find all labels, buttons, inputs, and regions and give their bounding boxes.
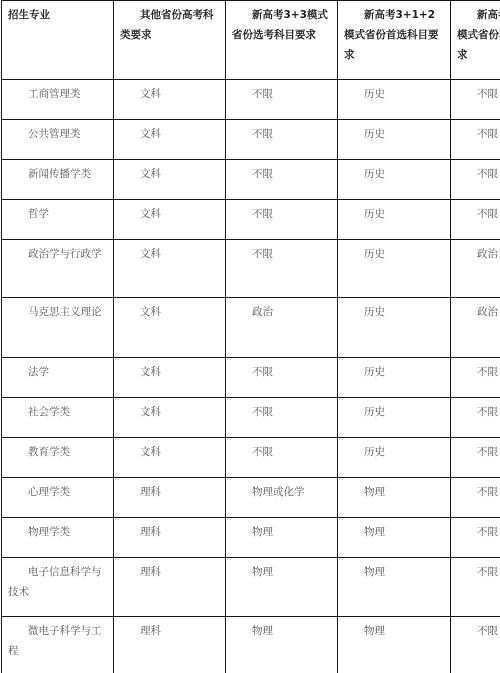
cell-major: 马克思主义理论 xyxy=(2,298,114,358)
cell-category: 文科 xyxy=(114,160,226,200)
cell-second-choice-text: 不限 xyxy=(477,88,498,100)
cell-first-choice: 物理 xyxy=(338,617,451,673)
cell-category-text: 文科 xyxy=(140,406,161,418)
cell-category-text: 理科 xyxy=(140,566,161,578)
cell-first-choice: 历史 xyxy=(338,298,451,358)
cell-major: 法学 xyxy=(2,358,114,398)
cell-first-choice: 物理 xyxy=(338,518,451,558)
cell-first-choice: 物理 xyxy=(338,478,451,518)
header-label: 新高考3+3模式省份选考科目要求 xyxy=(232,9,328,41)
table-row: 哲学文科不限历史不限 xyxy=(2,200,500,240)
cell-major-text: 教育学类 xyxy=(28,446,70,458)
header-label: 新高考3+1+2模式省份首选科目要求 xyxy=(344,9,439,61)
cell-3-3-requirement: 不限 xyxy=(226,80,338,120)
cell-3-3-requirement: 物理 xyxy=(226,617,338,673)
cell-second-choice: 不限 xyxy=(451,617,500,673)
cell-first-choice-text: 历史 xyxy=(364,128,385,140)
cell-category: 文科 xyxy=(114,398,226,438)
cell-first-choice: 历史 xyxy=(338,120,451,160)
cell-category-text: 文科 xyxy=(140,446,161,458)
cell-second-choice-text: 不限 xyxy=(477,446,498,458)
cell-3-3-requirement-text: 不限 xyxy=(252,168,273,180)
cell-second-choice: 不限 xyxy=(451,200,500,240)
cell-category: 理科 xyxy=(114,617,226,673)
cell-first-choice-text: 历史 xyxy=(364,208,385,220)
cell-major: 公共管理类 xyxy=(2,120,114,160)
header-label: 新高考3+1+2模式省份再选科目要求 xyxy=(457,9,500,61)
cell-category: 文科 xyxy=(114,80,226,120)
cell-major-text: 社会学类 xyxy=(28,406,70,418)
table-header-row: 招生专业 其他省份高考科类要求 新高考3+3模式省份选考科目要求 新高考3+1+… xyxy=(2,1,500,80)
header-label: 其他省份高考科类要求 xyxy=(120,9,214,41)
table-row: 工商管理类文科不限历史不限 xyxy=(2,80,500,120)
table-row: 新闻传播学类文科不限历史不限 xyxy=(2,160,500,200)
table-row: 公共管理类文科不限历史不限 xyxy=(2,120,500,160)
cell-first-choice: 历史 xyxy=(338,80,451,120)
cell-second-choice-text: 不限 xyxy=(477,208,498,220)
header-3-3: 新高考3+3模式省份选考科目要求 xyxy=(226,1,338,80)
cell-3-3-requirement: 不限 xyxy=(226,398,338,438)
cell-3-3-requirement: 不限 xyxy=(226,120,338,160)
cell-second-choice-text: 不限 xyxy=(477,128,498,140)
cell-major: 电子信息科学与技术 xyxy=(2,558,114,617)
cell-category-text: 理科 xyxy=(140,625,161,637)
cell-first-choice-text: 历史 xyxy=(364,366,385,378)
cell-major: 哲学 xyxy=(2,200,114,240)
admission-requirements-table: 招生专业 其他省份高考科类要求 新高考3+3模式省份选考科目要求 新高考3+1+… xyxy=(1,0,500,673)
cell-first-choice-text: 历史 xyxy=(364,88,385,100)
cell-3-3-requirement: 不限 xyxy=(226,358,338,398)
cell-category: 理科 xyxy=(114,518,226,558)
cell-major-text: 心理学类 xyxy=(28,486,70,498)
cell-category-text: 文科 xyxy=(140,366,161,378)
cell-category-text: 文科 xyxy=(140,306,161,318)
cell-category: 文科 xyxy=(114,240,226,298)
cell-category-text: 理科 xyxy=(140,486,161,498)
cell-major-text: 哲学 xyxy=(28,208,49,220)
cell-category-text: 文科 xyxy=(140,168,161,180)
cell-second-choice-text: 不限 xyxy=(477,486,498,498)
cell-major: 社会学类 xyxy=(2,398,114,438)
cell-category-text: 文科 xyxy=(140,88,161,100)
table-row: 教育学类文科不限历史不限 xyxy=(2,438,500,478)
cell-3-3-requirement-text: 政治 xyxy=(252,306,273,318)
cell-second-choice-text: 政治 xyxy=(477,306,498,318)
cell-3-3-requirement: 物理或化学 xyxy=(226,478,338,518)
cell-category: 理科 xyxy=(114,558,226,617)
cell-second-choice: 政治 xyxy=(451,240,500,298)
cell-second-choice-text: 不限 xyxy=(477,406,498,418)
header-major: 招生专业 xyxy=(2,1,114,80)
cell-first-choice: 历史 xyxy=(338,200,451,240)
cell-second-choice-text: 不限 xyxy=(477,526,498,538)
cell-3-3-requirement: 不限 xyxy=(226,160,338,200)
cell-major: 政治学与行政学 xyxy=(2,240,114,298)
cell-first-choice-text: 历史 xyxy=(364,406,385,418)
cell-second-choice-text: 不限 xyxy=(477,366,498,378)
cell-category-text: 文科 xyxy=(140,248,161,260)
cell-first-choice: 历史 xyxy=(338,358,451,398)
cell-3-3-requirement: 不限 xyxy=(226,240,338,298)
cell-second-choice: 不限 xyxy=(451,120,500,160)
cell-major: 物理学类 xyxy=(2,518,114,558)
cell-first-choice-text: 历史 xyxy=(364,446,385,458)
cell-major-text: 政治学与行政学 xyxy=(28,248,102,260)
table-row: 社会学类文科不限历史不限 xyxy=(2,398,500,438)
cell-second-choice-text: 不限 xyxy=(477,168,498,180)
cell-major: 微电子科学与工程 xyxy=(2,617,114,673)
cell-first-choice-text: 物理 xyxy=(364,625,385,637)
cell-major-text: 新闻传播学类 xyxy=(28,168,91,180)
cell-3-3-requirement: 不限 xyxy=(226,438,338,478)
cell-category-text: 理科 xyxy=(140,526,161,538)
cell-3-3-requirement: 物理 xyxy=(226,518,338,558)
cell-major-text: 微电子科学与工程 xyxy=(8,625,102,657)
cell-second-choice: 不限 xyxy=(451,160,500,200)
cell-first-choice-text: 物理 xyxy=(364,566,385,578)
cell-category: 文科 xyxy=(114,358,226,398)
cell-second-choice: 不限 xyxy=(451,80,500,120)
table-row: 法学文科不限历史不限 xyxy=(2,358,500,398)
cell-3-3-requirement-text: 物理 xyxy=(252,566,273,578)
cell-first-choice-text: 物理 xyxy=(364,526,385,538)
cell-first-choice-text: 历史 xyxy=(364,168,385,180)
cell-3-3-requirement-text: 不限 xyxy=(252,128,273,140)
cell-category: 文科 xyxy=(114,298,226,358)
cell-3-3-requirement: 物理 xyxy=(226,558,338,617)
cell-category: 文科 xyxy=(114,438,226,478)
cell-second-choice: 不限 xyxy=(451,518,500,558)
cell-3-3-requirement-text: 物理或化学 xyxy=(252,486,305,498)
cell-first-choice-text: 历史 xyxy=(364,306,385,318)
cell-second-choice: 不限 xyxy=(451,558,500,617)
cell-first-choice-text: 历史 xyxy=(364,248,385,260)
cell-3-3-requirement-text: 不限 xyxy=(252,208,273,220)
cell-3-3-requirement-text: 不限 xyxy=(252,88,273,100)
header-first-choice: 新高考3+1+2模式省份首选科目要求 xyxy=(338,1,451,80)
header-second-choice: 新高考3+1+2模式省份再选科目要求 xyxy=(451,1,500,80)
header-category: 其他省份高考科类要求 xyxy=(114,1,226,80)
cell-3-3-requirement: 政治 xyxy=(226,298,338,358)
cell-category: 文科 xyxy=(114,120,226,160)
cell-first-choice-text: 物理 xyxy=(364,486,385,498)
cell-second-choice: 不限 xyxy=(451,358,500,398)
cell-second-choice-text: 政治 xyxy=(477,248,498,260)
cell-second-choice: 不限 xyxy=(451,438,500,478)
cell-major-text: 公共管理类 xyxy=(28,128,81,140)
table-row: 心理学类理科物理或化学物理不限 xyxy=(2,478,500,518)
cell-3-3-requirement-text: 不限 xyxy=(252,366,273,378)
cell-second-choice: 不限 xyxy=(451,398,500,438)
cell-first-choice: 历史 xyxy=(338,240,451,298)
cell-major: 新闻传播学类 xyxy=(2,160,114,200)
cell-category: 理科 xyxy=(114,478,226,518)
cell-first-choice: 物理 xyxy=(338,558,451,617)
cell-second-choice-text: 不限 xyxy=(477,566,498,578)
table-row: 电子信息科学与技术理科物理物理不限 xyxy=(2,558,500,617)
table-row: 政治学与行政学文科不限历史政治 xyxy=(2,240,500,298)
cell-second-choice-text: 不限 xyxy=(477,625,498,637)
cell-first-choice: 历史 xyxy=(338,438,451,478)
cell-second-choice: 不限 xyxy=(451,478,500,518)
cell-category-text: 文科 xyxy=(140,128,161,140)
cell-major: 心理学类 xyxy=(2,478,114,518)
cell-3-3-requirement-text: 不限 xyxy=(252,446,273,458)
cell-3-3-requirement-text: 物理 xyxy=(252,526,273,538)
header-label: 招生专业 xyxy=(8,9,50,21)
cell-category: 文科 xyxy=(114,200,226,240)
cell-3-3-requirement-text: 不限 xyxy=(252,406,273,418)
cell-category-text: 文科 xyxy=(140,208,161,220)
cell-major: 教育学类 xyxy=(2,438,114,478)
cell-3-3-requirement-text: 物理 xyxy=(252,625,273,637)
table-row: 微电子科学与工程理科物理物理不限 xyxy=(2,617,500,673)
cell-3-3-requirement: 不限 xyxy=(226,200,338,240)
cell-major-text: 马克思主义理论 xyxy=(28,306,102,318)
cell-major-text: 法学 xyxy=(28,366,49,378)
cell-first-choice: 历史 xyxy=(338,398,451,438)
cell-major: 工商管理类 xyxy=(2,80,114,120)
cell-major-text: 工商管理类 xyxy=(28,88,81,100)
cell-first-choice: 历史 xyxy=(338,160,451,200)
table-row: 物理学类理科物理物理不限 xyxy=(2,518,500,558)
cell-major-text: 物理学类 xyxy=(28,526,70,538)
cell-3-3-requirement-text: 不限 xyxy=(252,248,273,260)
cell-major-text: 电子信息科学与技术 xyxy=(8,566,102,598)
cell-second-choice: 政治 xyxy=(451,298,500,358)
table-row: 马克思主义理论文科政治历史政治 xyxy=(2,298,500,358)
